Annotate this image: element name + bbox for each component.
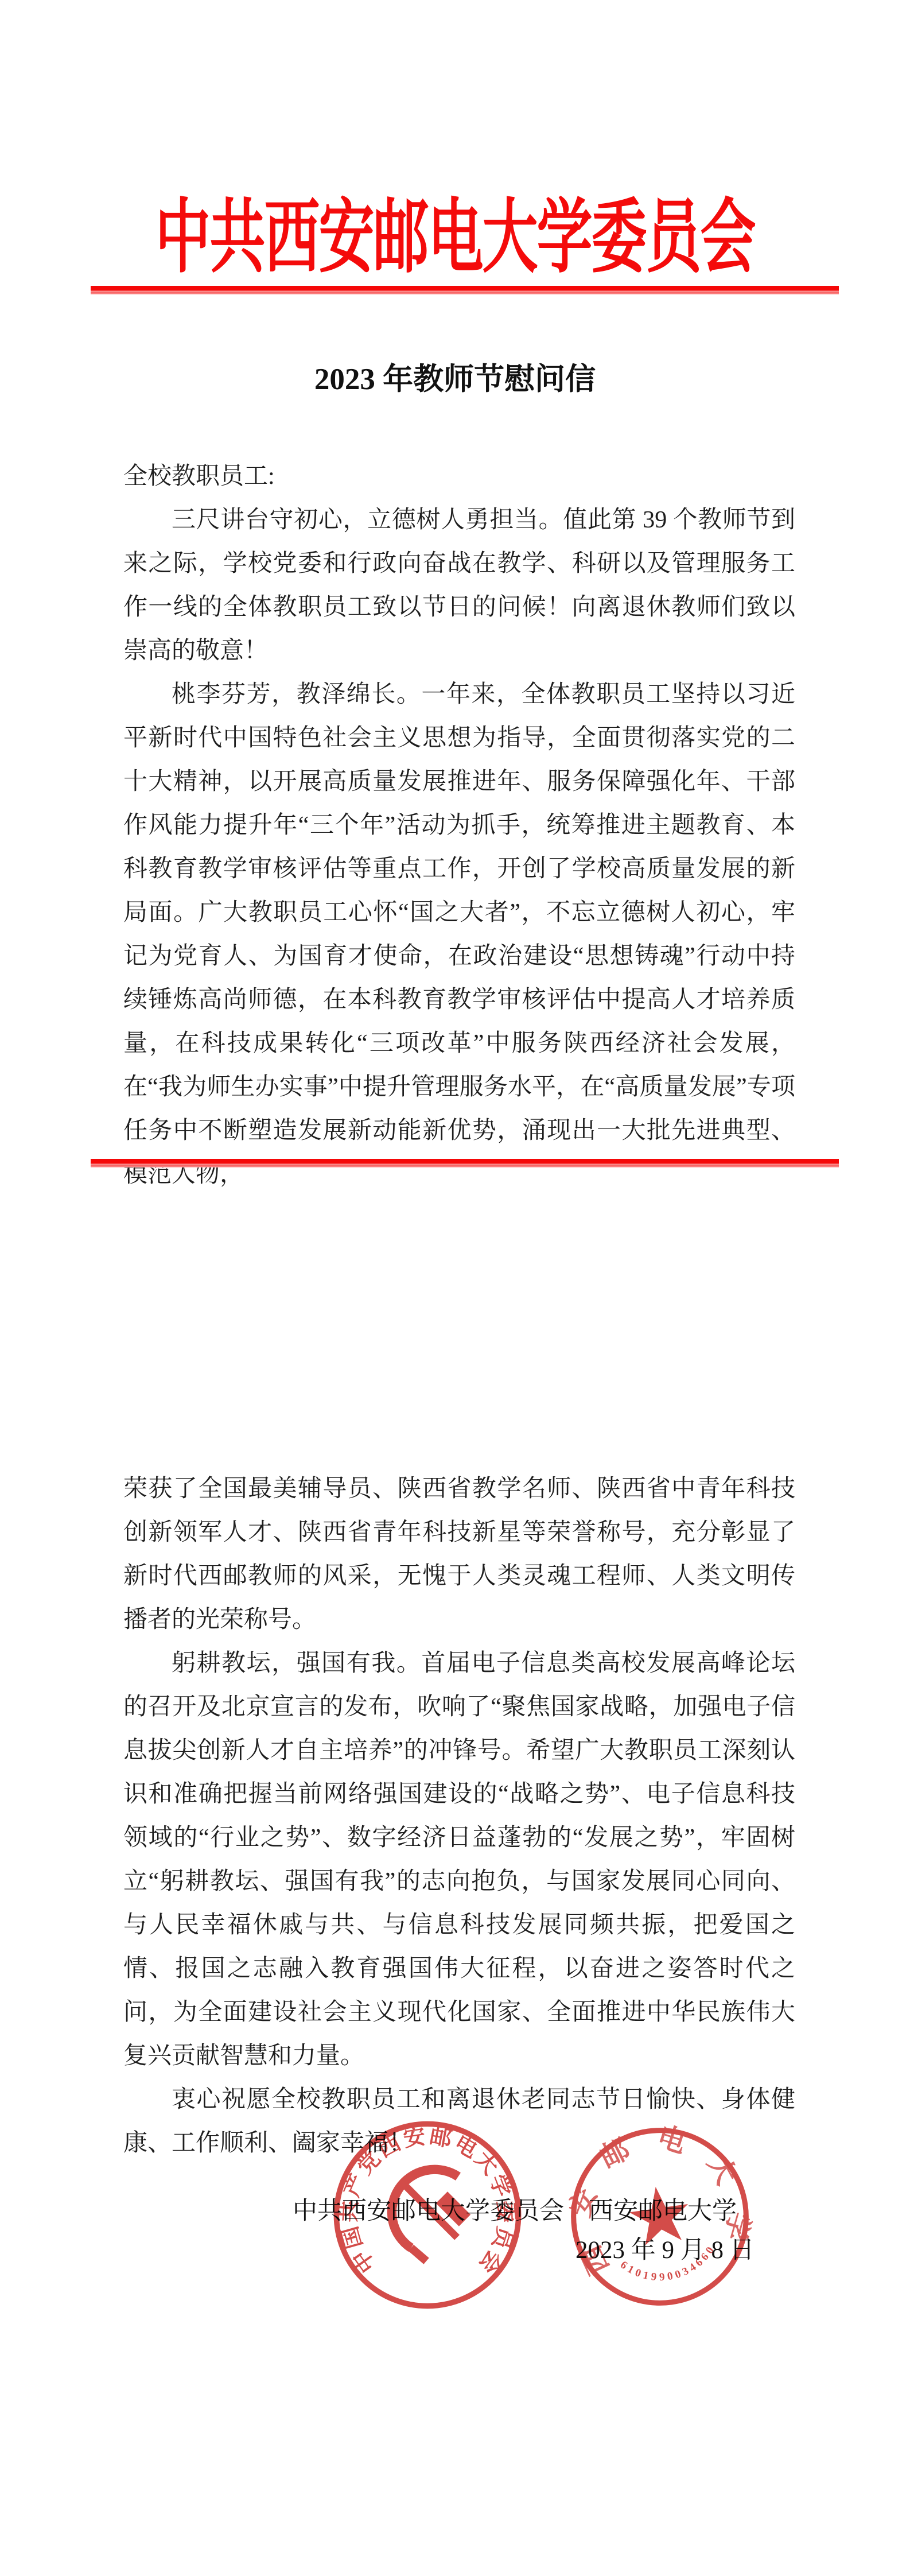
paragraph-2: 桃李芬芳，教泽绵长。一年来，全体教职员工坚持以习近平新时代中国特色社会主义思想为…: [123, 673, 795, 1196]
paragraph-4: 躬耕教坛，强国有我。首届电子信息类高校发展高峰论坛的召开及北京宣言的发布，吹响了…: [123, 1642, 795, 2078]
page-separator-rule: [91, 1159, 839, 1167]
party-committee-seal: 中国共产党西安邮电大学委员会: [328, 2116, 527, 2314]
university-seal: 西安邮电大学 6101990034660: [566, 2117, 753, 2317]
letter-page: 中共西安邮电大学委员会 2023 年教师节慰问信 全校教职员工: 三尺讲台守初心…: [0, 0, 910, 2576]
letterhead-rule: [91, 286, 839, 294]
hammer-and-sickle-icon: [392, 2170, 465, 2261]
document-title: 2023 年教师节慰问信: [0, 355, 910, 398]
letterhead-title: 中共西安邮电大学委员会: [0, 172, 910, 288]
svg-text:6101990034660: 6101990034660: [616, 2241, 722, 2290]
salutation: 全校教职员工:: [123, 455, 795, 498]
letter-body-page2: 荣获了全国最美辅导员、陕西省教学名师、陕西省中青年科技创新领军人才、陕西省青年科…: [123, 1467, 795, 2165]
paragraph-3: 荣获了全国最美辅导员、陕西省教学名师、陕西省中青年科技创新领军人才、陕西省青年科…: [123, 1467, 795, 1642]
seal-serial-number: 6101990034660: [616, 2241, 722, 2290]
paragraph-1: 三尺讲台守初心，立德树人勇担当。值此第 39 个教师节到来之际，学校党委和行政向…: [123, 498, 795, 673]
star-icon: [626, 2183, 693, 2247]
letter-body-page1: 全校教职员工: 三尺讲台守初心，立德树人勇担当。值此第 39 个教师节到来之际，…: [123, 455, 795, 1196]
